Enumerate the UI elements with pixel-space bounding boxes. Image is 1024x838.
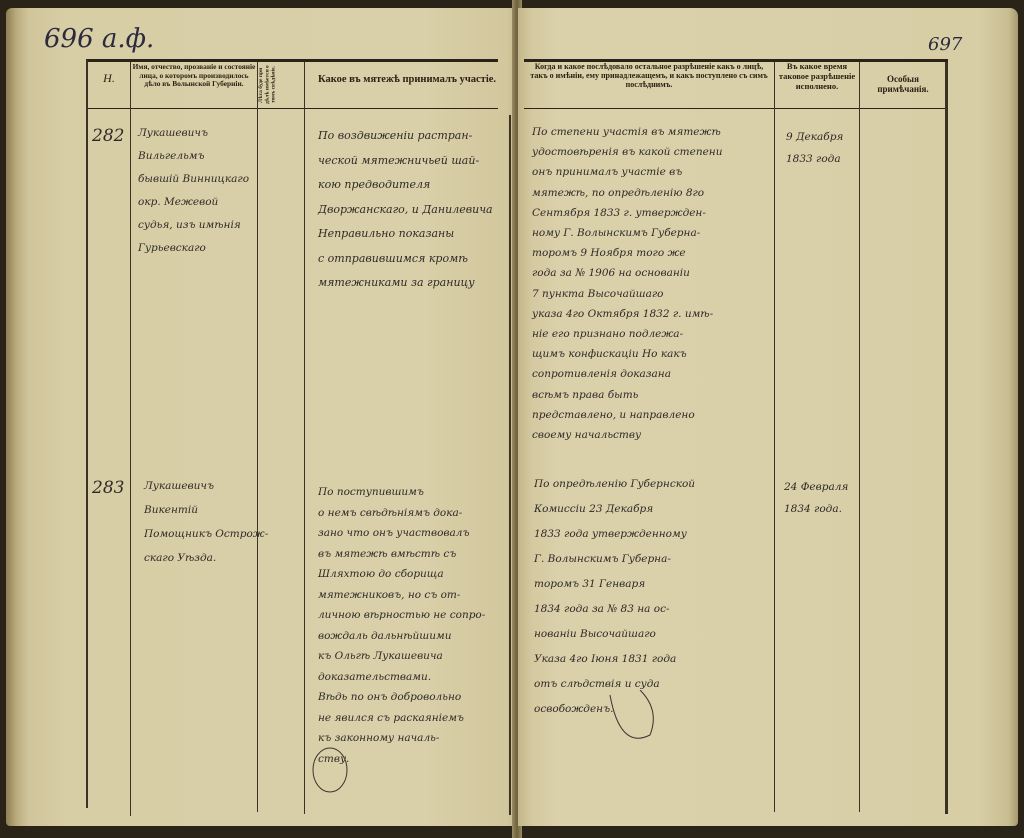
text-line: 24 Февраля [784,476,848,498]
left-folio-number: 696 а.ф. [44,24,154,54]
text-line: въ мятежѣ вмѣстѣ съ [318,544,485,565]
text-line: нованіи Высочайшаго [534,622,695,647]
text-line: По степени участія въ мятежѣ [532,122,722,142]
text-line: Помощникъ Острож- [144,522,268,546]
header-age: Лѣта буде при дѣлѣ имѣется о томъ свѣдѣн… [258,63,302,107]
right-border-rule [945,62,948,814]
text-line: бывшій Винницкаго [138,168,249,191]
text-line: Указа 4го Іюня 1831 года [534,647,695,672]
text-line: Лукашевичъ [144,474,268,498]
text-line: ніе его признано подлежа- [532,324,722,344]
text-line: Шляхтою до сборища [318,564,485,585]
text-line: скаго Уѣзда. [144,546,268,570]
text-line: Неправильно показаны [318,222,493,247]
text-line: Вѣдь по онъ добровольно [318,687,485,708]
text-line: 9 Декабря [786,126,843,148]
header-number: Н. [88,72,130,86]
text-line: зано что онъ участвовалъ [318,523,485,544]
text-line: торомъ 9 Ноября того же [532,243,722,263]
left-header-bottom-rule [88,108,498,109]
text-line: кою предводителя [318,173,493,198]
entry-name: Лукашевичъ Вильгельмъ бывшій Винницкаго … [138,122,249,260]
header-notes: Особыя примѣчанія. [861,74,945,95]
text-line: своему начальству [532,425,722,445]
entry-participation: По поступившимъ о немъ свѣдѣніямъ дока- … [318,482,485,769]
column-rule [304,62,305,814]
text-line: удостовѣренія въ какой степени [532,142,722,162]
header-participation: Какое въ мятежѣ принималъ участіе. [306,74,508,86]
left-border-rule [86,60,88,808]
ink-flourish-icon [600,690,680,760]
text-line: не явился съ раскаяніемъ [318,708,485,729]
text-line: Лукашевичъ [138,122,249,145]
text-line: По поступившимъ [318,482,485,503]
open-ledger-book: 696 а.ф. 697 Н. Имя, отчество, прозваніе… [0,0,1024,838]
entry-participation: По воздвиженіи растран- ческой мятежничь… [318,124,493,296]
entry-resolution: По опредѣленію Губернской Комиссіи 23 Де… [534,472,695,722]
text-line: 1834 года за № 83 на ос- [534,597,695,622]
text-line: о немъ свѣдѣніямъ дока- [318,503,485,524]
text-line: По опредѣленію Губернской [534,472,695,497]
right-folio-number: 697 [928,34,962,55]
text-line: 1834 года. [784,498,848,520]
ink-flourish-icon [300,740,360,800]
text-line: Сентября 1833 г. утвержден- [532,203,722,223]
text-line: 1833 года утвержденному [534,522,695,547]
text-line: Викентій [144,498,268,522]
text-line: с отправившимся кромѣ [318,247,493,272]
column-rule [774,62,775,812]
text-line: ческой мятежничьей шай- [318,149,493,174]
column-rule [509,115,511,815]
text-line: Гурьевскаго [138,237,249,260]
text-line: ному Г. Волынскимъ Губерна- [532,223,722,243]
entry-executed: 24 Февраля 1834 года. [784,476,848,520]
column-rule [859,62,860,812]
text-line: представлено, и направлено [532,405,722,425]
text-line: мятежниковъ, но съ от- [318,585,485,606]
text-line: торомъ 31 Генваря [534,572,695,597]
text-line: 7 пункта Высочайшаго [532,284,722,304]
header-name: Имя, отчество, прозваніе и состояніе лиц… [132,63,256,89]
entry-resolution: По степени участія въ мятежѣ удостовѣрен… [532,122,722,445]
text-line: Дворжанскаго, и Данилевича [318,198,493,223]
text-line: онъ принималъ участіе въ [532,162,722,182]
text-line: Вильгельмъ [138,145,249,168]
text-line: года за № 1906 на основаніи [532,263,722,283]
text-line: сопротивленія доказана [532,364,722,384]
text-line: 1833 года [786,148,843,170]
text-line: Г. Волынскимъ Губерна- [534,547,695,572]
column-rule [257,62,258,812]
right-header-bottom-rule [524,108,948,109]
text-line: По воздвиженіи растран- [318,124,493,149]
entry-executed: 9 Декабря 1833 года [786,126,843,170]
column-rule [130,62,131,816]
entry-number: 282 [92,126,124,146]
entry-name: Лукашевичъ Викентій Помощникъ Острож- ск… [144,474,268,570]
header-resolution: Когда и какое послѣдовало остальное разр… [526,62,772,90]
text-line: судья, изъ имѣнія [138,214,249,237]
text-line: доказательствами. [318,667,485,688]
text-line: указа 4го Октября 1832 г. имѣ- [532,304,722,324]
text-line: всѣмъ права быть [532,385,722,405]
entry-number: 283 [92,478,124,498]
text-line: щимъ конфискаціи Но какъ [532,344,722,364]
text-line: личною вѣрностью не сопро- [318,605,485,626]
text-line: мятежниками за границу [318,271,493,296]
text-line: къ Ольгѣ Лукашевича [318,646,485,667]
text-line: Комиссіи 23 Декабря [534,497,695,522]
text-line: мятежѣ, по опредѣленію 8го [532,183,722,203]
header-executed: Въ какое время таковое разрѣшеніе исполн… [776,62,858,91]
text-line: окр. Межевой [138,191,249,214]
text-line: вождаль дальнѣйшими [318,626,485,647]
